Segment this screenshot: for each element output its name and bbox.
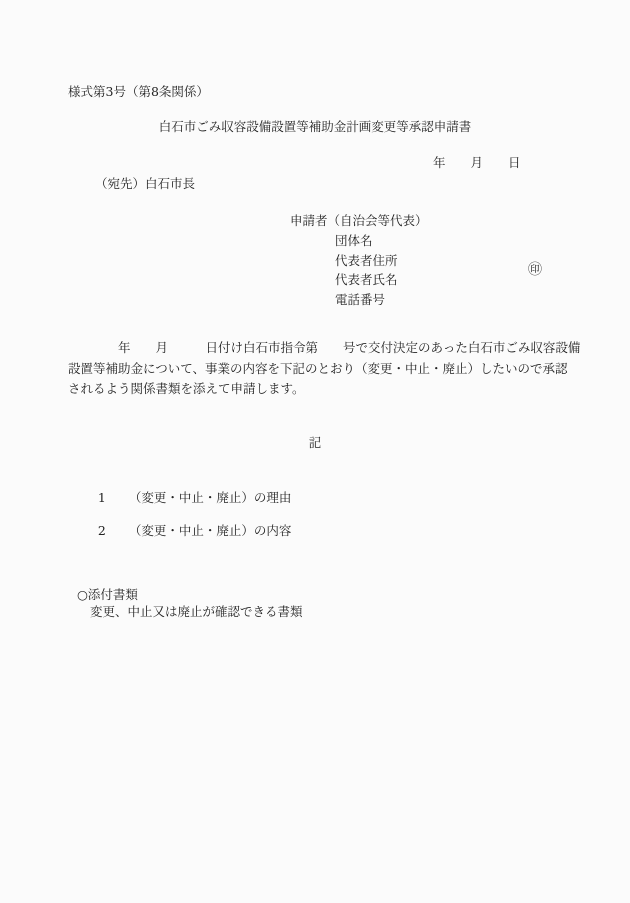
applicant-heading: 申請者（自治会等代表） <box>290 213 428 228</box>
applicant-field-rep-name: 代表者氏名 <box>335 272 398 287</box>
document-page: 様式第3号（第8条関係） 白石市ごみ収容設備設置等補助金計画変更等承認申請書 年… <box>0 0 630 903</box>
seal-icon: ㊞ <box>528 263 542 277</box>
document-title: 白石市ごみ収容設備設置等補助金計画変更等承認申請書 <box>0 119 630 134</box>
body-paragraph-line-1: 年 月 日付け白石市指令第 号で交付決定のあった白石市ごみ収容設備 <box>68 340 580 355</box>
form-number: 様式第3号（第8条関係） <box>68 84 209 99</box>
item-2-number: 2 <box>98 523 129 538</box>
item-1-text: （変更・中止・廃止）の理由 <box>129 490 292 505</box>
applicant-field-org-name: 団体名 <box>335 233 373 248</box>
body-paragraph-line-3: されるよう関係書類を添えて申請します。 <box>68 381 305 396</box>
body-paragraph-line-2: 設置等補助金について、事業の内容を下記のとおり（変更・中止・廃止）したいので承認 <box>68 361 568 376</box>
list-item-2: 2（変更・中止・廃止）の内容 <box>82 508 291 553</box>
attachments-heading: ○添付書類 <box>77 587 138 602</box>
item-2-text: （変更・中止・廃止）の内容 <box>129 523 292 538</box>
applicant-field-phone: 電話番号 <box>335 292 385 307</box>
recipient-line: （宛先）白石市長 <box>95 176 195 191</box>
item-1-number: 1 <box>98 490 129 505</box>
record-marker: 記 <box>0 435 630 450</box>
applicant-field-rep-address: 代表者住所 <box>335 253 398 268</box>
date-line: 年 月 日 <box>433 155 521 170</box>
attachments-item: 変更、中止又は廃止が確認できる書類 <box>90 604 303 619</box>
